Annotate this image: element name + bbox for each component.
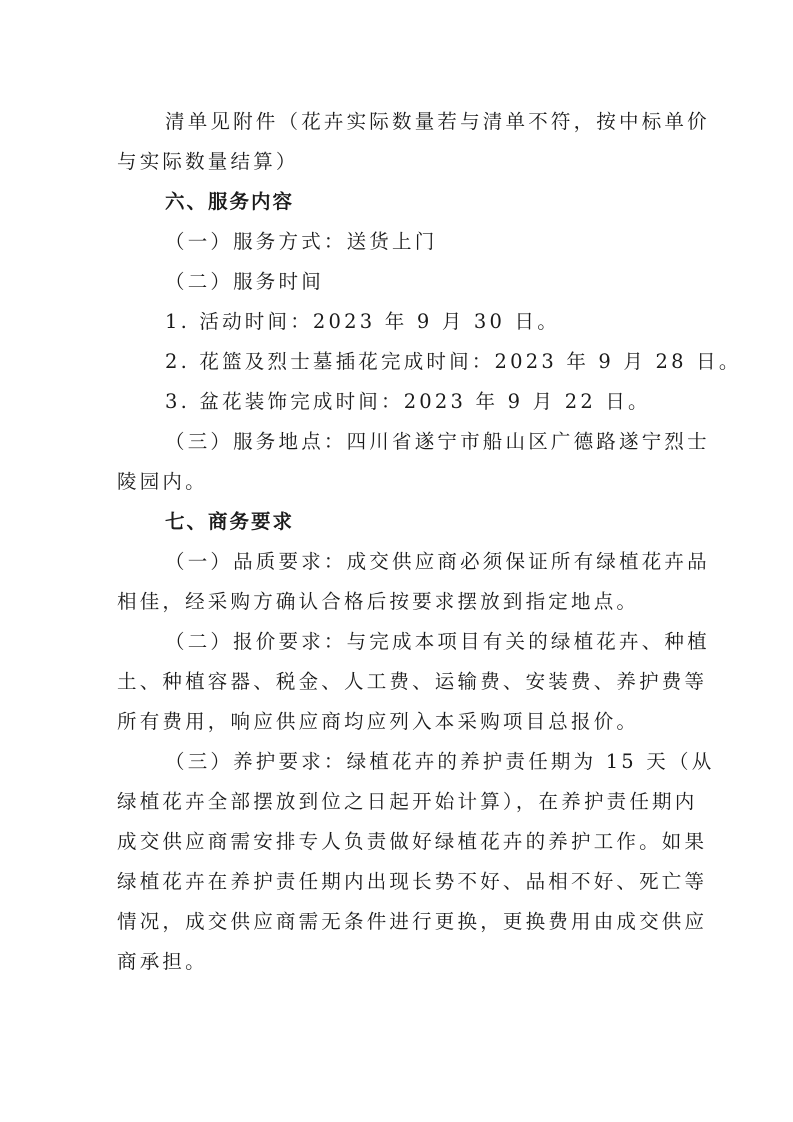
text-line: 陵园内。 — [117, 462, 683, 502]
section-heading-service-content: 六、服务内容 — [117, 182, 683, 222]
list-item-activity-time: 1. 活动时间：2023 年 9 月 30 日。 — [117, 302, 683, 342]
text-line: 清单见附件（花卉实际数量若与清单不符，按中标单价 — [117, 102, 683, 142]
text-line: 与实际数量结算） — [117, 142, 683, 182]
paragraph-maintenance-requirement: （三）养护要求：绿植花卉的养护责任期为 15 天（从 绿植花卉全部摆放到位之日起… — [117, 742, 683, 982]
text-line: 成交供应商需安排专人负责做好绿植花卉的养护工作。如果 — [117, 822, 683, 862]
text-line: （三）养护要求：绿植花卉的养护责任期为 15 天（从 — [117, 742, 683, 782]
paragraph-service-time: （二）服务时间 — [117, 262, 683, 302]
list-item-potted-time: 3. 盆花装饰完成时间：2023 年 9 月 22 日。 — [117, 382, 683, 422]
text-line: 相佳，经采购方确认合格后按要求摆放到指定地点。 — [117, 582, 683, 622]
section-heading-business-requirements: 七、商务要求 — [117, 502, 683, 542]
document-page: 清单见附件（花卉实际数量若与清单不符，按中标单价 与实际数量结算） 六、服务内容… — [117, 102, 683, 982]
paragraph-service-location: （三）服务地点：四川省遂宁市船山区广德路遂宁烈士 陵园内。 — [117, 422, 683, 502]
text-line: 绿植花卉全部摆放到位之日起开始计算），在养护责任期内 — [117, 782, 683, 822]
text-line: 情况，成交供应商需无条件进行更换，更换费用由成交供应 — [117, 902, 683, 942]
text-line: 所有费用，响应供应商均应列入本采购项目总报价。 — [117, 702, 683, 742]
text-line: （二）报价要求：与完成本项目有关的绿植花卉、种植 — [117, 622, 683, 662]
text-line: （三）服务地点：四川省遂宁市船山区广德路遂宁烈士 — [117, 422, 683, 462]
text-line: （一）品质要求：成交供应商必须保证所有绿植花卉品 — [117, 542, 683, 582]
text-line: 绿植花卉在养护责任期内出现长势不好、品相不好、死亡等 — [117, 862, 683, 902]
text-line: 商承担。 — [117, 942, 683, 982]
paragraph-list-note: 清单见附件（花卉实际数量若与清单不符，按中标单价 与实际数量结算） — [117, 102, 683, 182]
text-line: 土、种植容器、税金、人工费、运输费、安装费、养护费等 — [117, 662, 683, 702]
paragraph-quote-requirement: （二）报价要求：与完成本项目有关的绿植花卉、种植 土、种植容器、税金、人工费、运… — [117, 622, 683, 742]
list-item-basket-time: 2. 花篮及烈士墓插花完成时间：2023 年 9 月 28 日。 — [117, 342, 683, 382]
paragraph-service-method: （一）服务方式：送货上门 — [117, 222, 683, 262]
paragraph-quality-requirement: （一）品质要求：成交供应商必须保证所有绿植花卉品 相佳，经采购方确认合格后按要求… — [117, 542, 683, 622]
